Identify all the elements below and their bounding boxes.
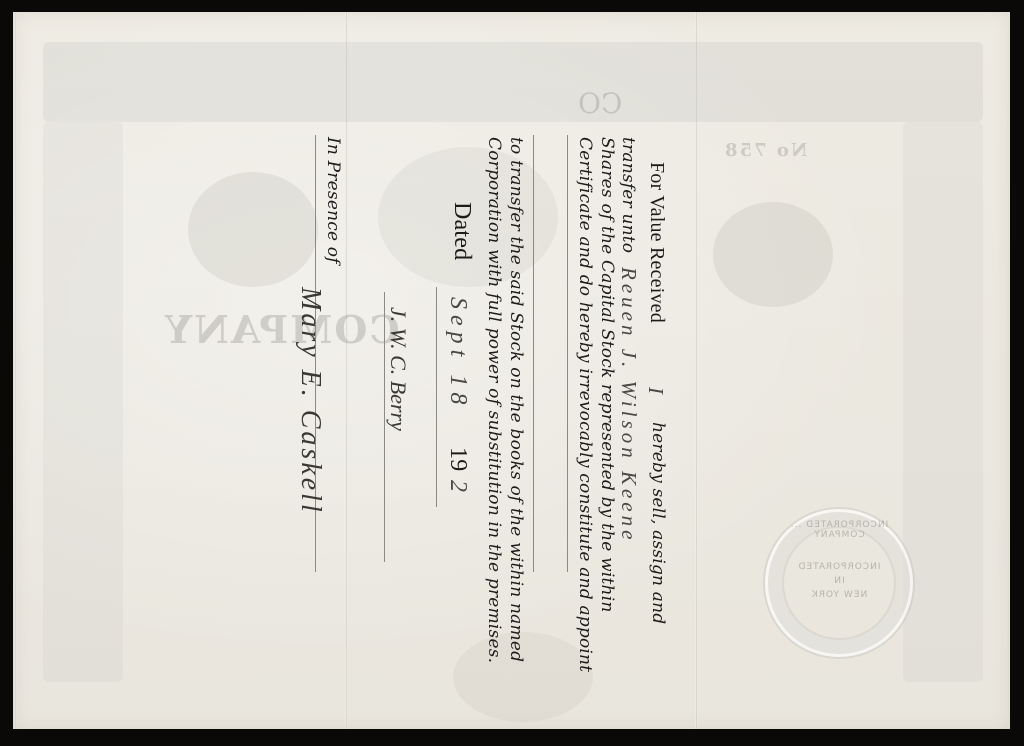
printed-line-2: transfer unto: [618, 137, 638, 253]
printed-line-3: Shares of the Capital Stock represented …: [597, 137, 617, 613]
seal-center-text: NEW YORK: [768, 590, 910, 600]
embossed-seal: INCORPORATED ... COMPANY INCORPORATED IN…: [765, 509, 913, 657]
ghost-vignette-left: [188, 172, 318, 287]
handwritten-date: Sept 18: [444, 297, 471, 410]
seal-center-text: INCORPORATED: [768, 562, 910, 572]
printed-line-6: to transfer the said Stock on the books …: [506, 137, 526, 662]
rule-line-transferee: [567, 135, 568, 572]
printed-line-1: hereby sell, assign and: [648, 422, 668, 624]
seal-center-text: IN: [768, 576, 910, 586]
rule-line-date: [436, 287, 437, 507]
assignor-signature: J. W. C. Berry: [385, 307, 411, 431]
witness-label: In Presence of: [323, 137, 343, 264]
witness-signature: Mary E. Caskell: [294, 287, 326, 515]
handwritten-transferee: Reuen J. Wilson Keene: [616, 267, 641, 543]
ghost-certificate-number: No 758: [723, 140, 807, 161]
printed-line-4: Certificate and do hereby irrevocably co…: [575, 137, 595, 672]
ghost-letters: CO: [578, 87, 622, 120]
handwritten-year: 2: [444, 480, 471, 492]
ghost-right-border: [903, 122, 983, 682]
printed-line-7: Corporation with full power of substitut…: [484, 137, 504, 663]
seal-ring-text: INCORPORATED ... COMPANY: [768, 520, 910, 540]
handwritten-assignor: I: [643, 387, 668, 394]
heading-for-value-received: For Value Received: [645, 162, 668, 323]
dated-label: Dated: [448, 202, 475, 260]
fold-line: [14, 12, 17, 729]
ghost-vignette-right: [713, 202, 833, 307]
ghost-company-name: COMPANY: [163, 307, 400, 352]
rule-line-attorney: [533, 135, 534, 572]
certificate-paper: COMPANY No 758 CO INCORPORATED ... COMPA…: [13, 12, 1010, 729]
dated-year-prefix: 19: [444, 447, 471, 471]
ghost-header-band: [43, 42, 983, 122]
ghost-left-border: [43, 122, 123, 682]
